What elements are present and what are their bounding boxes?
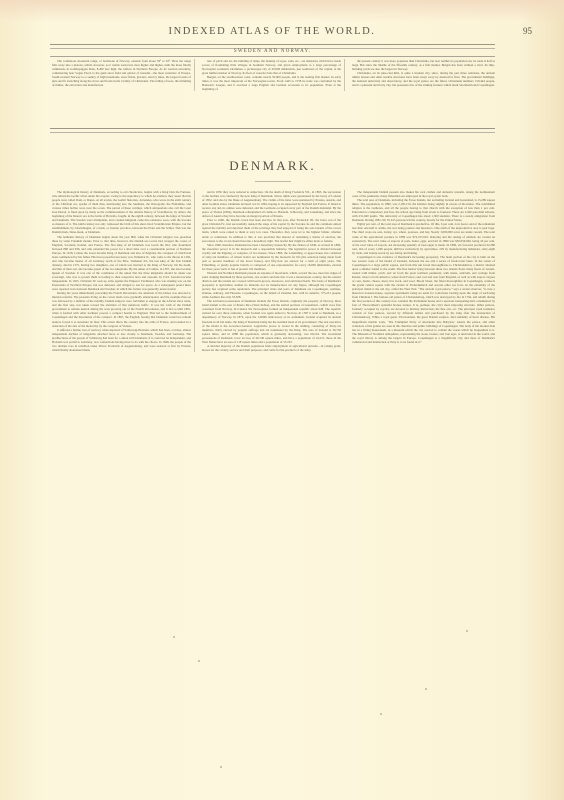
paragraph: It suffered a further loss of territory … <box>52 328 191 352</box>
running-title: INDEXED ATLAS OF THE WORLD. <box>50 26 494 37</box>
sn-column-1: The continuous mountain range, or backbo… <box>52 59 195 91</box>
paragraph: Western and Northern Denmark present an … <box>202 271 341 299</box>
paper-fleck <box>380 713 382 715</box>
paragraph: The mythological history of Denmark, acc… <box>52 190 191 235</box>
paper-fleck <box>198 660 200 662</box>
dk-column-3: The independent Danish peasant also make… <box>352 190 495 352</box>
dk-column-1: The mythological history of Denmark, acc… <box>52 190 195 352</box>
dk-column-2: and in 1850 they were reduced to subject… <box>202 190 345 352</box>
denmark-columns: The mythological history of Denmark, acc… <box>52 190 495 352</box>
paragraph: Copenhagen is one evidence of Denmark's … <box>352 255 495 344</box>
title-underline <box>255 181 291 182</box>
paragraph: Since 1660, therefore, Denmark has been … <box>202 243 341 271</box>
paragraph: and in 1850 they were reduced to subject… <box>202 190 341 218</box>
paragraph: The continuous mountain range, or backbo… <box>52 59 191 87</box>
paragraph: Prior to 1660, the Danish crown had been… <box>202 218 341 242</box>
paragraph: ture of pitch and tar, the building of s… <box>202 59 341 75</box>
paragraph: Bergen, on the southwestern coast, conta… <box>202 75 341 91</box>
paragraph: the present century it was more populous… <box>352 59 495 71</box>
sn-column-3: the present century it was more populous… <box>352 59 495 91</box>
paper-stain <box>0 0 564 22</box>
paragraph: The authentic history of Denmark begins … <box>52 235 191 292</box>
paper-fleck <box>173 636 175 638</box>
paragraph: A decided majority of the Danish populat… <box>202 344 341 352</box>
page-number: 95 <box>523 26 532 36</box>
article-title: DENMARK. <box>50 158 495 174</box>
sn-column-2: ture of pitch and tar, the building of s… <box>202 59 345 91</box>
paragraph: Christiania, on its pine-clad hills, is … <box>352 71 495 87</box>
section-header: SWEDEN AND NORWAY. <box>50 49 495 54</box>
paragraph: Eighty per cent. of the total area of De… <box>352 222 495 254</box>
paragraph: The independent Danish peasant also make… <box>352 190 495 198</box>
paper-fleck <box>466 630 468 632</box>
paragraph: During the years immediately preceding t… <box>52 291 191 327</box>
paper-fleck <box>425 688 427 690</box>
paper-fleck <box>220 766 222 768</box>
paragraph: The territorial possessions of Denmark i… <box>202 299 341 344</box>
sweden-norway-columns: The continuous mountain range, or backbo… <box>52 59 495 91</box>
running-head: INDEXED ATLAS OF THE WORLD. 95 <box>50 26 494 40</box>
paragraph: The total area of Denmark, including the… <box>352 198 495 222</box>
section-rule <box>50 56 495 57</box>
section-end-rule <box>50 128 495 133</box>
